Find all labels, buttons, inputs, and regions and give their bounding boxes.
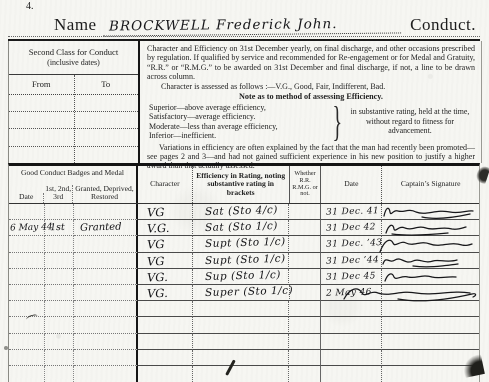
badges-class-header: 1st, 2nd, 3rd: [44, 185, 73, 203]
badge-action-entry: Granted: [74, 219, 136, 234]
efficiency-header: Efficiency in Rating, noting substantive…: [193, 166, 290, 203]
instructions-paragraph-2: Character is assessed as follows :—V.G.,…: [147, 82, 475, 91]
table-row: [9, 334, 479, 350]
efficiency-grade-list: Superior—above average efficiency, Satis…: [147, 103, 329, 141]
instructions-block: Character and Efficiency on 31st Decembe…: [140, 41, 481, 163]
second-class-subtitle: (inclusive dates): [9, 58, 138, 67]
date-entry: 31 Dec 45: [321, 268, 381, 283]
signature-scrawl: [378, 269, 478, 286]
instructions-paragraph-1: Character and Efficiency on 31st Decembe…: [147, 44, 475, 81]
table-row: VG Supt (Sto 1/c) 31 Dec ’44: [9, 253, 479, 269]
badges-date-header: Date: [9, 193, 44, 203]
efficiency-entry: Supt (Sto 1/c): [192, 251, 288, 267]
second-class-title: Second Class for Conduct: [9, 41, 138, 58]
table-row: [9, 317, 479, 333]
ink-speck: [4, 346, 8, 350]
table-row: [9, 350, 479, 366]
second-class-box: Second Class for Conduct (inclusive date…: [9, 41, 140, 163]
grade-inferior: Inferior—inefficient.: [149, 131, 329, 140]
grade-satisfactory: Satisfactory—average efficiency.: [149, 112, 329, 121]
efficiency-note-title: Note as to method of assessing Efficienc…: [147, 92, 475, 102]
efficiency-entry: Sat (Sto 4/c): [192, 203, 288, 219]
table-row: VG. Sup (Sto 1/c) 31 Dec 45: [9, 269, 479, 285]
table-row: VG Sat (Sto 4/c) 31 Dec. 41: [9, 204, 479, 220]
character-header: Character: [138, 166, 193, 203]
character-entry: VG: [138, 203, 192, 219]
name-handwritten-value: BROCKWELL Frederick John.: [103, 15, 401, 36]
character-entry: VG.: [137, 284, 191, 300]
brace-glyph: }: [333, 103, 340, 141]
date-entry: 31 Dec. ’43: [321, 236, 381, 251]
conduct-table-header: Good Conduct Badges and Medal Date 1st, …: [9, 166, 479, 204]
efficiency-entry: Supt (Sto 1/c): [192, 235, 288, 251]
badges-group-label: Good Conduct Badges and Medal: [21, 166, 124, 178]
signature-scrawl: [378, 204, 478, 221]
page-title: Conduct.: [410, 15, 476, 35]
table-row: 6 May 44 1st Granted V.G. Sat (Sto 1/c) …: [9, 220, 479, 236]
efficiency-entry: Sup (Sto 1/c): [192, 267, 288, 283]
table-row: [9, 366, 479, 382]
table-row: VG Supt (Sto 1/c) 31 Dec. ’43: [9, 236, 479, 252]
signature-scrawl: [378, 253, 478, 270]
from-to-divider: [74, 75, 75, 163]
badge-class-entry: 1st: [45, 220, 73, 234]
efficiency-entry: Super (Sto 1/c): [192, 284, 288, 300]
efficiency-grades: Superior—above average efficiency, Satis…: [147, 103, 475, 141]
badge-date-entry: 6 May 44: [9, 220, 44, 234]
name-label: Name: [54, 15, 97, 35]
from-column-header: From: [9, 75, 74, 94]
grade-moderate: Moderate—less than average efficiency,: [149, 122, 329, 131]
grade-superior: Superior—above average efficiency,: [149, 103, 329, 112]
brace-note: in substantive rating, held at the time,…: [343, 107, 473, 135]
conduct-table-body: VG Sat (Sto 4/c) 31 Dec. 41 6 May 44 1st…: [9, 204, 479, 382]
badges-subheaders: Date 1st, 2nd, 3rd Granted, Deprived, Re…: [9, 178, 136, 203]
whether-rr-header: Whether R.R. R.M.G. or not.: [290, 166, 322, 203]
badges-action-header: Granted, Deprived, Restored: [73, 185, 136, 203]
efficiency-entry: Sat (Sto 1/c): [193, 219, 289, 235]
captains-signature-header: Captain’s Signature: [382, 166, 479, 203]
ink-blob: [461, 354, 485, 378]
table-row: VG. Super (Sto 1/c) 2 May 46: [9, 285, 479, 301]
signature-scrawl: [378, 220, 478, 237]
date-entry: 31 Dec ’44: [321, 252, 381, 267]
to-column-header: To: [74, 75, 139, 94]
service-record-conduct-page: 4. Name BROCKWELL Frederick John. Conduc…: [0, 0, 489, 382]
page-header: Name BROCKWELL Frederick John. Conduct.: [8, 8, 480, 35]
date-entry: 31 Dec 42: [321, 219, 381, 234]
upper-section: Second Class for Conduct (inclusive date…: [8, 41, 482, 163]
character-entry: V.G.: [138, 219, 192, 235]
badges-header-group: Good Conduct Badges and Medal Date 1st, …: [9, 166, 138, 203]
character-entry: VG: [138, 252, 192, 268]
conduct-table: Good Conduct Badges and Medal Date 1st, …: [8, 163, 480, 382]
from-to-table: From To: [9, 74, 138, 163]
date-entry: 31 Dec. 41: [321, 203, 381, 218]
character-entry: VG: [137, 236, 191, 252]
table-row: [9, 301, 479, 317]
date-header: Date: [321, 166, 382, 203]
character-entry: VG.: [138, 268, 192, 284]
signature-scrawl: [378, 236, 478, 253]
